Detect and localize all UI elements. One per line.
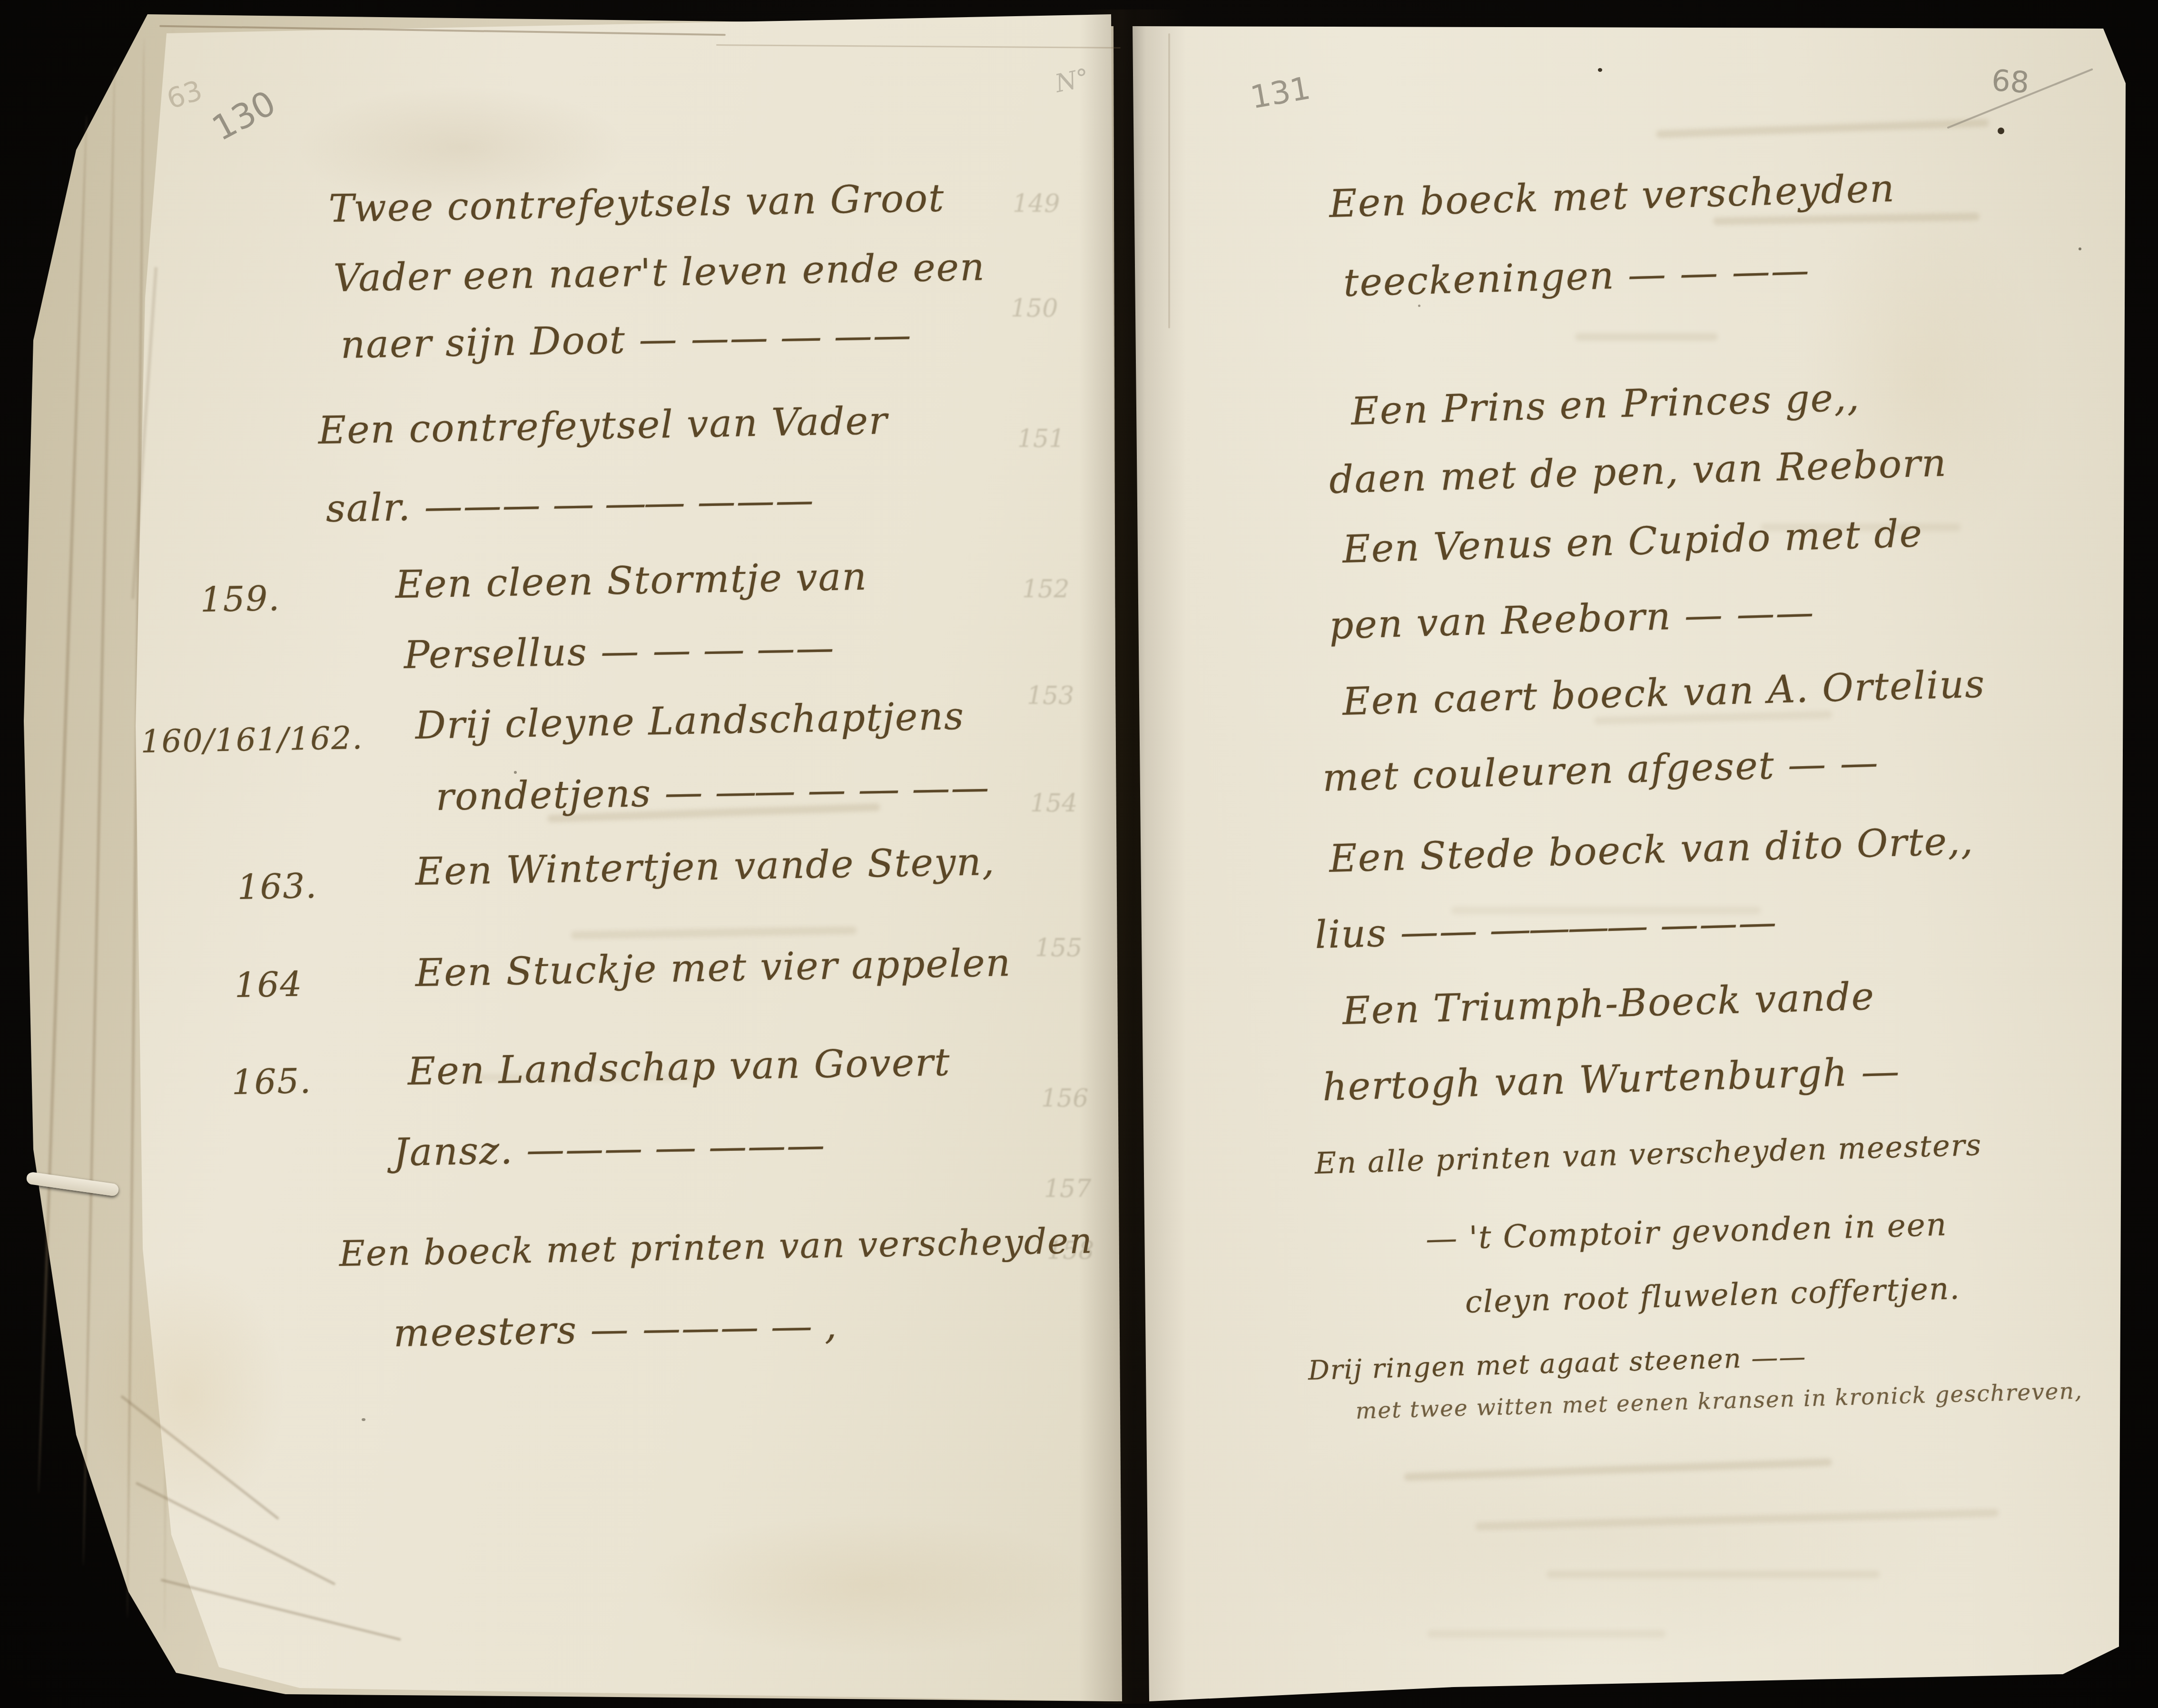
margin-number-ghost: 150	[1011, 294, 1058, 323]
margin-number-ghost: 155	[1035, 934, 1082, 962]
entry-line: Persellus — — ― ——	[404, 625, 835, 677]
entry-number-164: 164	[234, 964, 303, 1005]
ink-speck	[2079, 247, 2081, 250]
showthrough-line	[1575, 333, 1718, 341]
entry-number-165: 165.	[231, 1061, 312, 1102]
ink-speck	[1598, 68, 1602, 72]
margin-number-ghost: 154	[1030, 789, 1077, 818]
manuscript-line: salr. ——— ― ―― ———	[325, 478, 815, 531]
ink-speck	[1998, 128, 2004, 134]
margin-number-ghost: 157	[1044, 1175, 1091, 1203]
margin-number-ghost: 152	[1022, 575, 1069, 603]
ink-speck	[362, 1418, 365, 1421]
gutter-fold-line	[1168, 33, 1170, 328]
margin-number-ghost: 149	[1013, 189, 1060, 218]
margin-number-ghost: 153	[1027, 681, 1074, 710]
entry-line: Een cleen Stormtje van	[395, 554, 868, 607]
showthrough-line	[1547, 1570, 1880, 1578]
manuscript-line: meesters — ——— ― ,	[393, 1303, 838, 1355]
entry-line: Jansz. ——— ― ———	[393, 1123, 826, 1175]
entry-line: Een Landschap van Govert	[407, 1040, 951, 1094]
margin-number-ghost: 156	[1041, 1084, 1088, 1113]
right-page-corner-number: 68	[1990, 63, 2030, 100]
entry-number-160-162: 160/161/162.	[140, 720, 364, 760]
showthrough-line	[1428, 1630, 1665, 1638]
gutter-shadow	[1079, 10, 1186, 1704]
entry-number-163: 163.	[237, 866, 318, 907]
margin-number-ghost: 151	[1017, 425, 1064, 453]
manuscript-scan: 63 130 N° 131 68 149 150 151 152 153 154…	[0, 0, 2158, 1708]
entry-number-159: 159.	[200, 578, 281, 620]
ink-speck	[1418, 305, 1420, 307]
